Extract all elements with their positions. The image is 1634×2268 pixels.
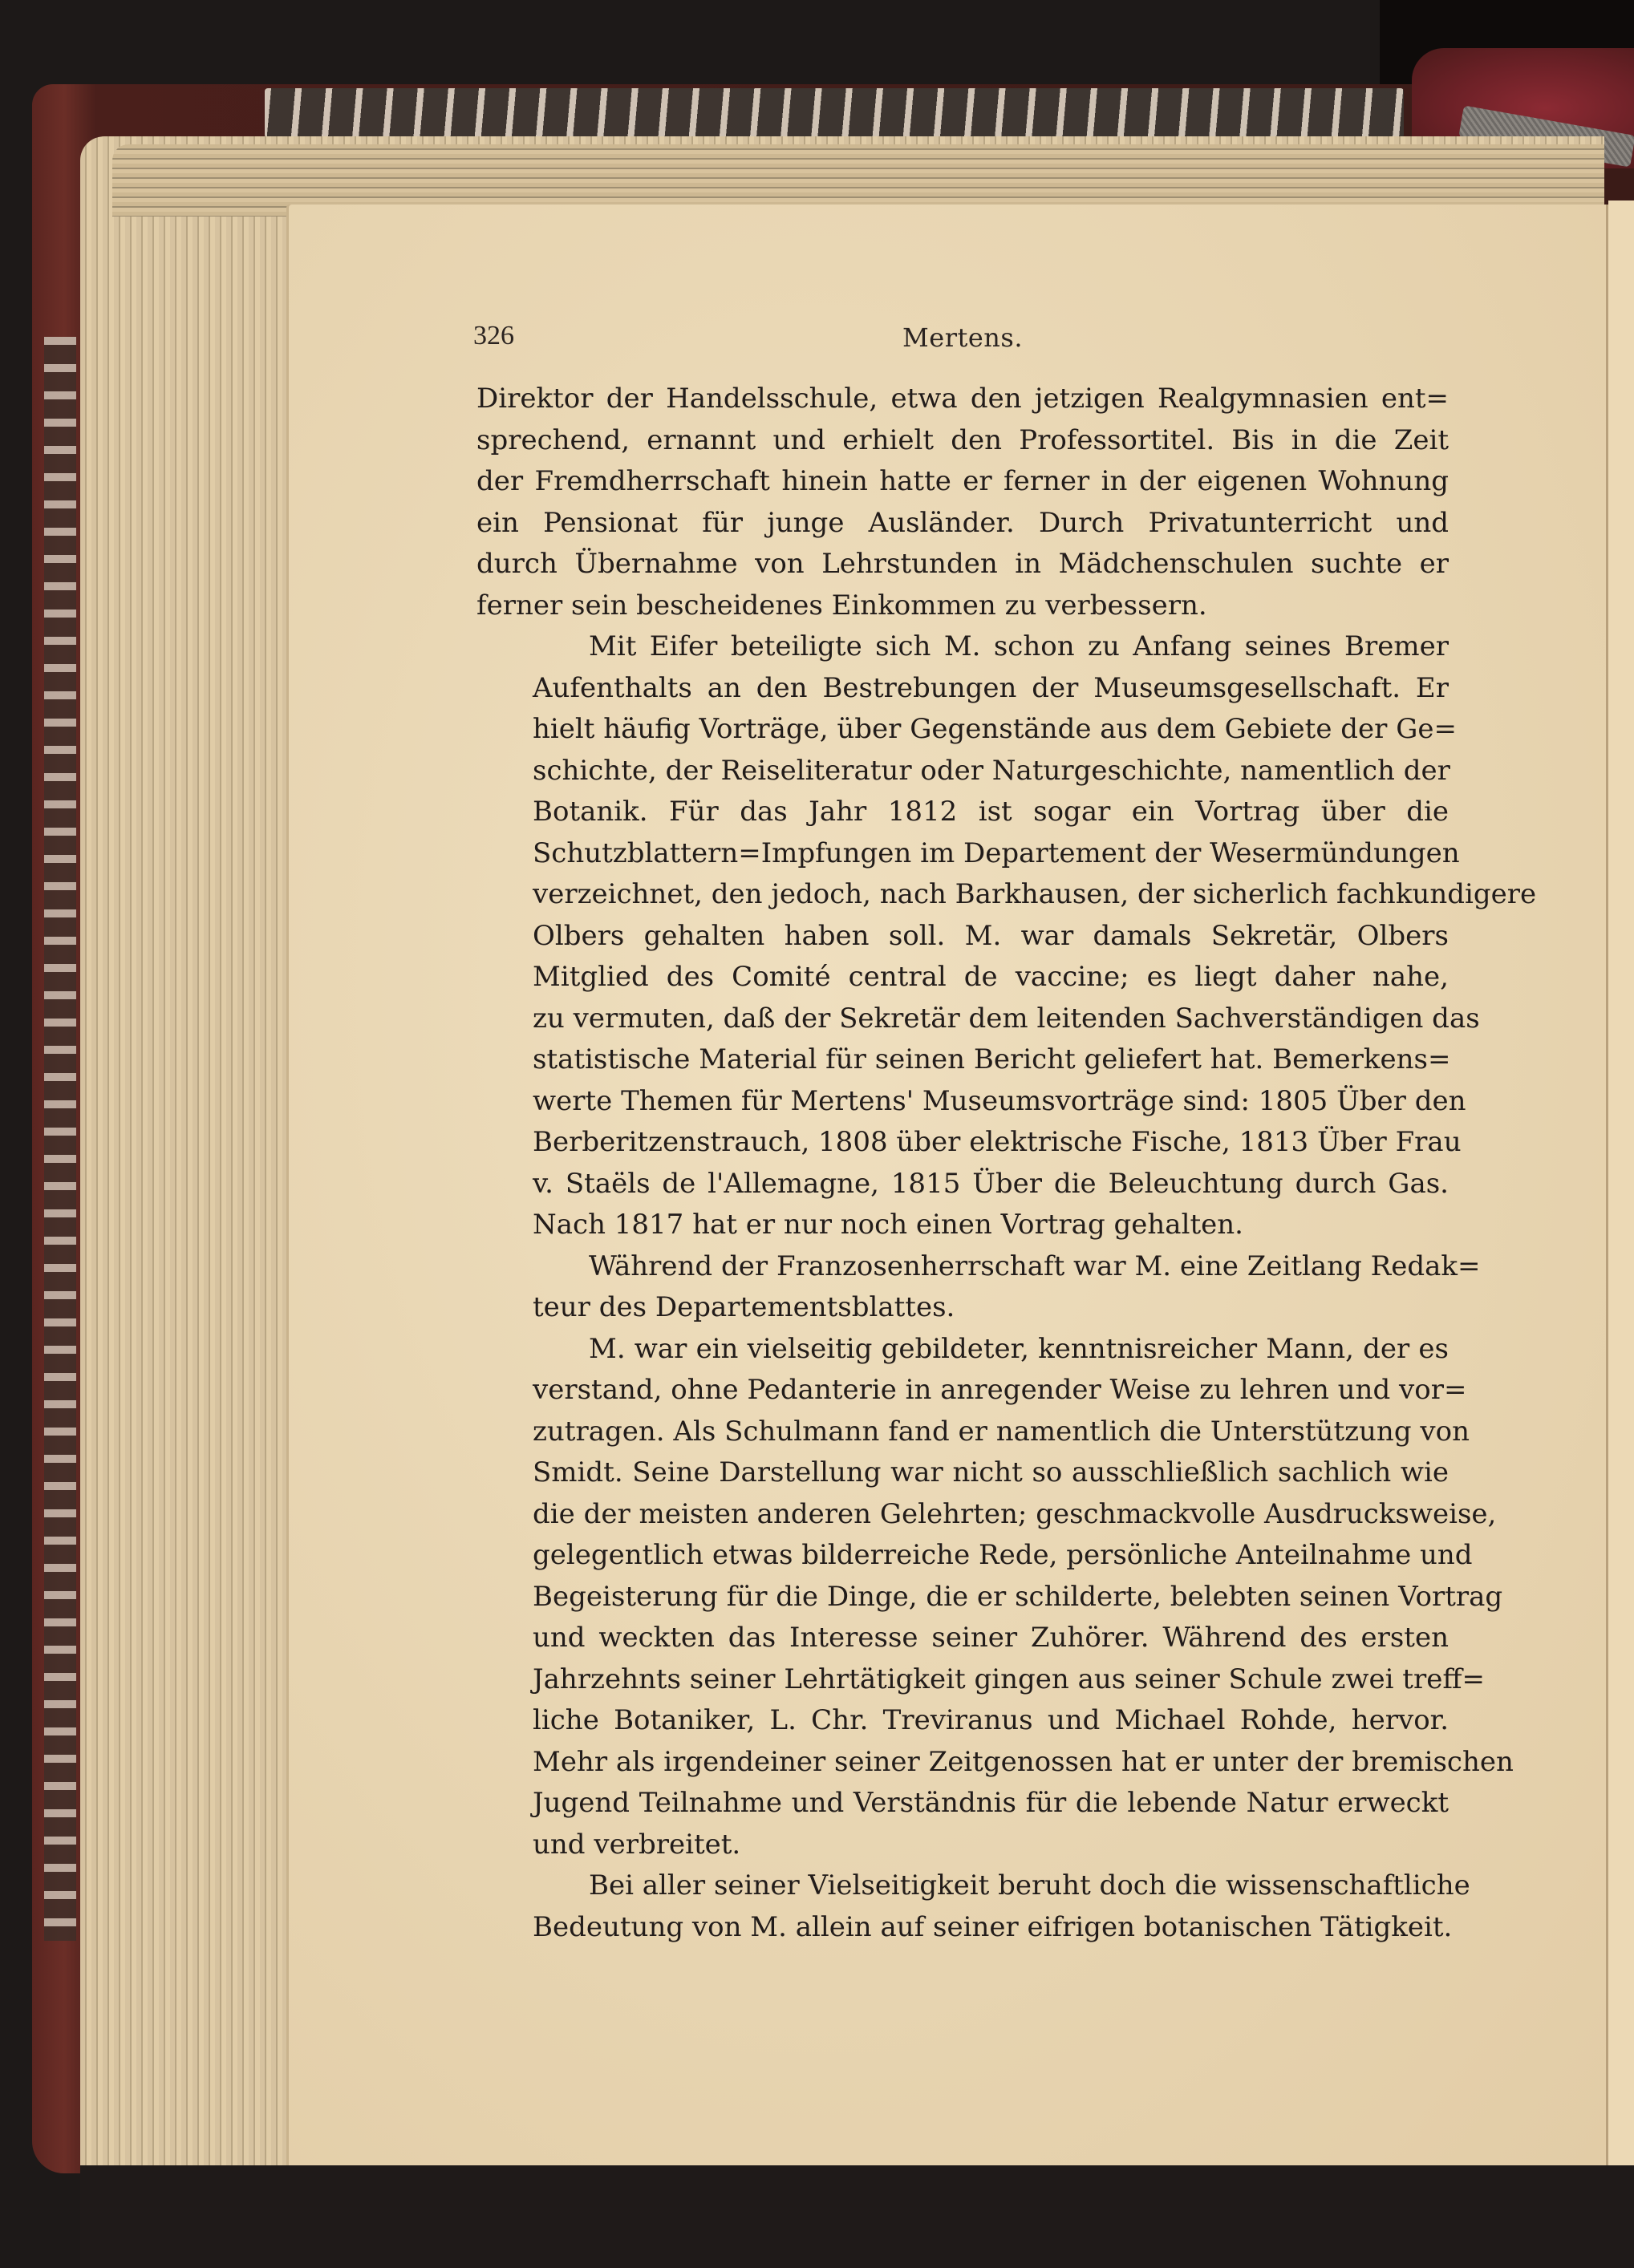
text-line: ferner sein bescheidenes Einkommen zu ve…	[476, 585, 1449, 627]
text-line: Aufenthalts an den Bestrebungen der Muse…	[476, 668, 1449, 710]
text-line: zu vermuten, daß der Sekretär dem leiten…	[476, 998, 1449, 1040]
running-head: 326 Mertens.	[473, 321, 1452, 369]
text-line: und weckten das Interesse seiner Zuhörer…	[476, 1618, 1449, 1659]
paragraph: Direktor der Handelsschule, etwa den jet…	[476, 379, 1449, 626]
background-bottom	[80, 2165, 1634, 2268]
paragraph: Während der Franzosenherrschaft war M. e…	[476, 1246, 1449, 1329]
text-line: teur des Departementsblattes.	[476, 1287, 1449, 1329]
text-line: hielt häufig Vorträge, über Gegenstände …	[476, 709, 1449, 751]
text-line: Berberitzenstrauch, 1808 über elektrisch…	[476, 1122, 1449, 1164]
text-line: sprechend, ernannt und erhielt den Profe…	[476, 420, 1449, 462]
cover-marbled-band	[265, 88, 1404, 138]
text-line: Schutzblattern=Impfungen im Departement …	[476, 833, 1449, 875]
text-line: der Fremdherrschaft hinein hatte er fern…	[476, 461, 1449, 503]
text-line: Olbers gehalten haben soll. M. war damal…	[476, 916, 1449, 958]
body-text: Direktor der Handelsschule, etwa den jet…	[476, 379, 1449, 1948]
gutter	[1606, 205, 1608, 2173]
text-line: Jugend Teilnahme und Verständnis für die…	[476, 1783, 1449, 1825]
text-line: liche Botaniker, L. Chr. Treviranus und …	[476, 1700, 1449, 1742]
text-line: M. war ein vielseitig gebildeter, kenntn…	[476, 1329, 1449, 1371]
text-line: Bedeutung von M. allein auf seiner eifri…	[476, 1907, 1449, 1949]
text-line: verstand, ohne Pedanterie in anregender …	[476, 1370, 1449, 1411]
text-line: Direktor der Handelsschule, etwa den jet…	[476, 379, 1449, 420]
paragraph: Bei aller seiner Vielseitigkeit beruht d…	[476, 1865, 1449, 1948]
text-line: Mitglied des Comité central de vaccine; …	[476, 957, 1449, 998]
text-line: statistische Material für seinen Bericht…	[476, 1039, 1449, 1081]
text-line: ein Pensionat für junge Ausländer. Durch…	[476, 503, 1449, 545]
text-line: schichte, der Reiseliteratur oder Naturg…	[476, 751, 1449, 792]
text-line: die der meisten anderen Gelehrten; gesch…	[476, 1494, 1449, 1536]
text-line: v. Staëls de l'Allemagne, 1815 Über die …	[476, 1164, 1449, 1205]
text-line: und verbreitet.	[476, 1825, 1449, 1866]
text-line: Begeisterung für die Dinge, die er schil…	[476, 1577, 1449, 1618]
text-line: Botanik. Für das Jahr 1812 ist sogar ein…	[476, 792, 1449, 833]
text-line: Mehr als irgendeiner seiner Zeitgenossen…	[476, 1742, 1449, 1784]
text-line: Nach 1817 hat er nur noch einen Vortrag …	[476, 1205, 1449, 1246]
text-line: Bei aller seiner Vielseitigkeit beruht d…	[476, 1865, 1449, 1907]
text-line: zutragen. Als Schulmann fand er namentli…	[476, 1411, 1449, 1453]
text-line: Smidt. Seine Darstellung war nicht so au…	[476, 1452, 1449, 1494]
paragraph: Mit Eifer beteiligte sich M. schon zu An…	[476, 626, 1449, 1246]
text-line: gelegentlich etwas bilderreiche Rede, pe…	[476, 1535, 1449, 1577]
facing-page-edge	[1608, 200, 1634, 2173]
spine-marbled-edge	[44, 337, 76, 1941]
running-title: Mertens.	[473, 322, 1452, 353]
text-line: Jahrzehnts seiner Lehrtätigkeit gingen a…	[476, 1659, 1449, 1701]
text-line: Mit Eifer beteiligte sich M. schon zu An…	[476, 626, 1449, 668]
text-line: verzeichnet, den jedoch, nach Barkhausen…	[476, 874, 1449, 916]
text-line: werte Themen für Mertens' Museumsvorträg…	[476, 1081, 1449, 1123]
text-line: Während der Franzosenherrschaft war M. e…	[476, 1246, 1449, 1288]
text-line: durch Übernahme von Lehrstunden in Mädch…	[476, 544, 1449, 585]
paragraph: M. war ein vielseitig gebildeter, kenntn…	[476, 1329, 1449, 1866]
